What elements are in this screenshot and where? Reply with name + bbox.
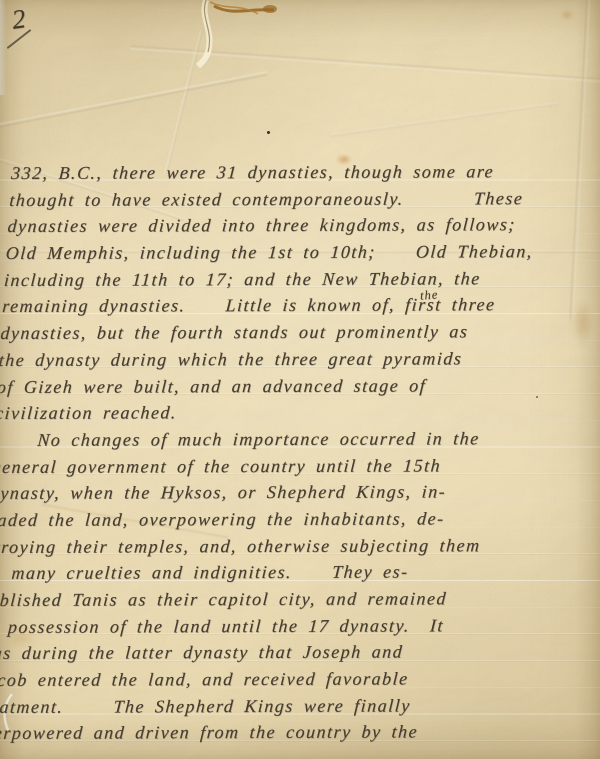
manuscript-line: thought to have existed contemporaneousl… xyxy=(8,185,592,214)
paper-edge xyxy=(0,0,6,95)
manuscript-line: overpowered and driven from the country … xyxy=(0,718,557,747)
manuscript-line: vaded the land, overpowering the inhabit… xyxy=(0,505,571,534)
ink-speck xyxy=(267,131,270,134)
manuscript-line: tablished Tanis as their capitol city, a… xyxy=(0,585,566,614)
paper-tear-icon xyxy=(170,0,300,70)
manuscript-line: Jacob entered the land, and received fav… xyxy=(0,665,560,694)
manuscript-line: to many cruelties and indignities. They … xyxy=(0,558,568,587)
manuscript-page: 2 332, B.C., there were 31 dynasties, th… xyxy=(0,0,600,759)
manuscript-line: of Gizeh were built, and an advanced sta… xyxy=(0,371,580,400)
manuscript-line: Old Memphis, including the 1st to 10th; … xyxy=(5,238,589,267)
manuscript-line: No changes of much importance occurred i… xyxy=(0,425,576,454)
crease xyxy=(164,30,203,176)
manuscript-line: general government of the country until … xyxy=(0,452,575,481)
manuscript-line: remaining dynasties. Little is known of,… xyxy=(1,291,585,320)
manuscript-line: including the 11th to 17; and the New Th… xyxy=(3,265,587,294)
manuscript-line: the dynasty during which the three great… xyxy=(0,345,582,374)
inserted-word: the xyxy=(419,287,438,303)
manuscript-line: 332, B.C., there were 31 dynasties, thou… xyxy=(10,158,594,187)
stain xyxy=(560,10,574,20)
manuscript-line: treatment. The Shepherd Kings were final… xyxy=(0,692,559,721)
page-number: 2 xyxy=(10,3,28,36)
manuscript-text: 332, B.C., there were 31 dynasties, thou… xyxy=(0,158,594,747)
crease xyxy=(331,102,559,137)
manuscript-line: dynasties, but the fourth stands out pro… xyxy=(0,318,584,347)
manuscript-line: civilization reached. xyxy=(0,398,578,427)
manuscript-line: dynasty, when the Hyksos, or Shepherd Ki… xyxy=(0,478,573,507)
manuscript-line: stroying their temples, and, otherwise s… xyxy=(0,532,569,561)
manuscript-line: dynasties were divided into three kingdo… xyxy=(7,211,591,240)
crease xyxy=(0,71,268,132)
manuscript-line: was during the latter dynasty that Josep… xyxy=(0,638,562,667)
manuscript-line: in possession of the land until the 17 d… xyxy=(0,612,564,641)
crease xyxy=(130,45,600,82)
